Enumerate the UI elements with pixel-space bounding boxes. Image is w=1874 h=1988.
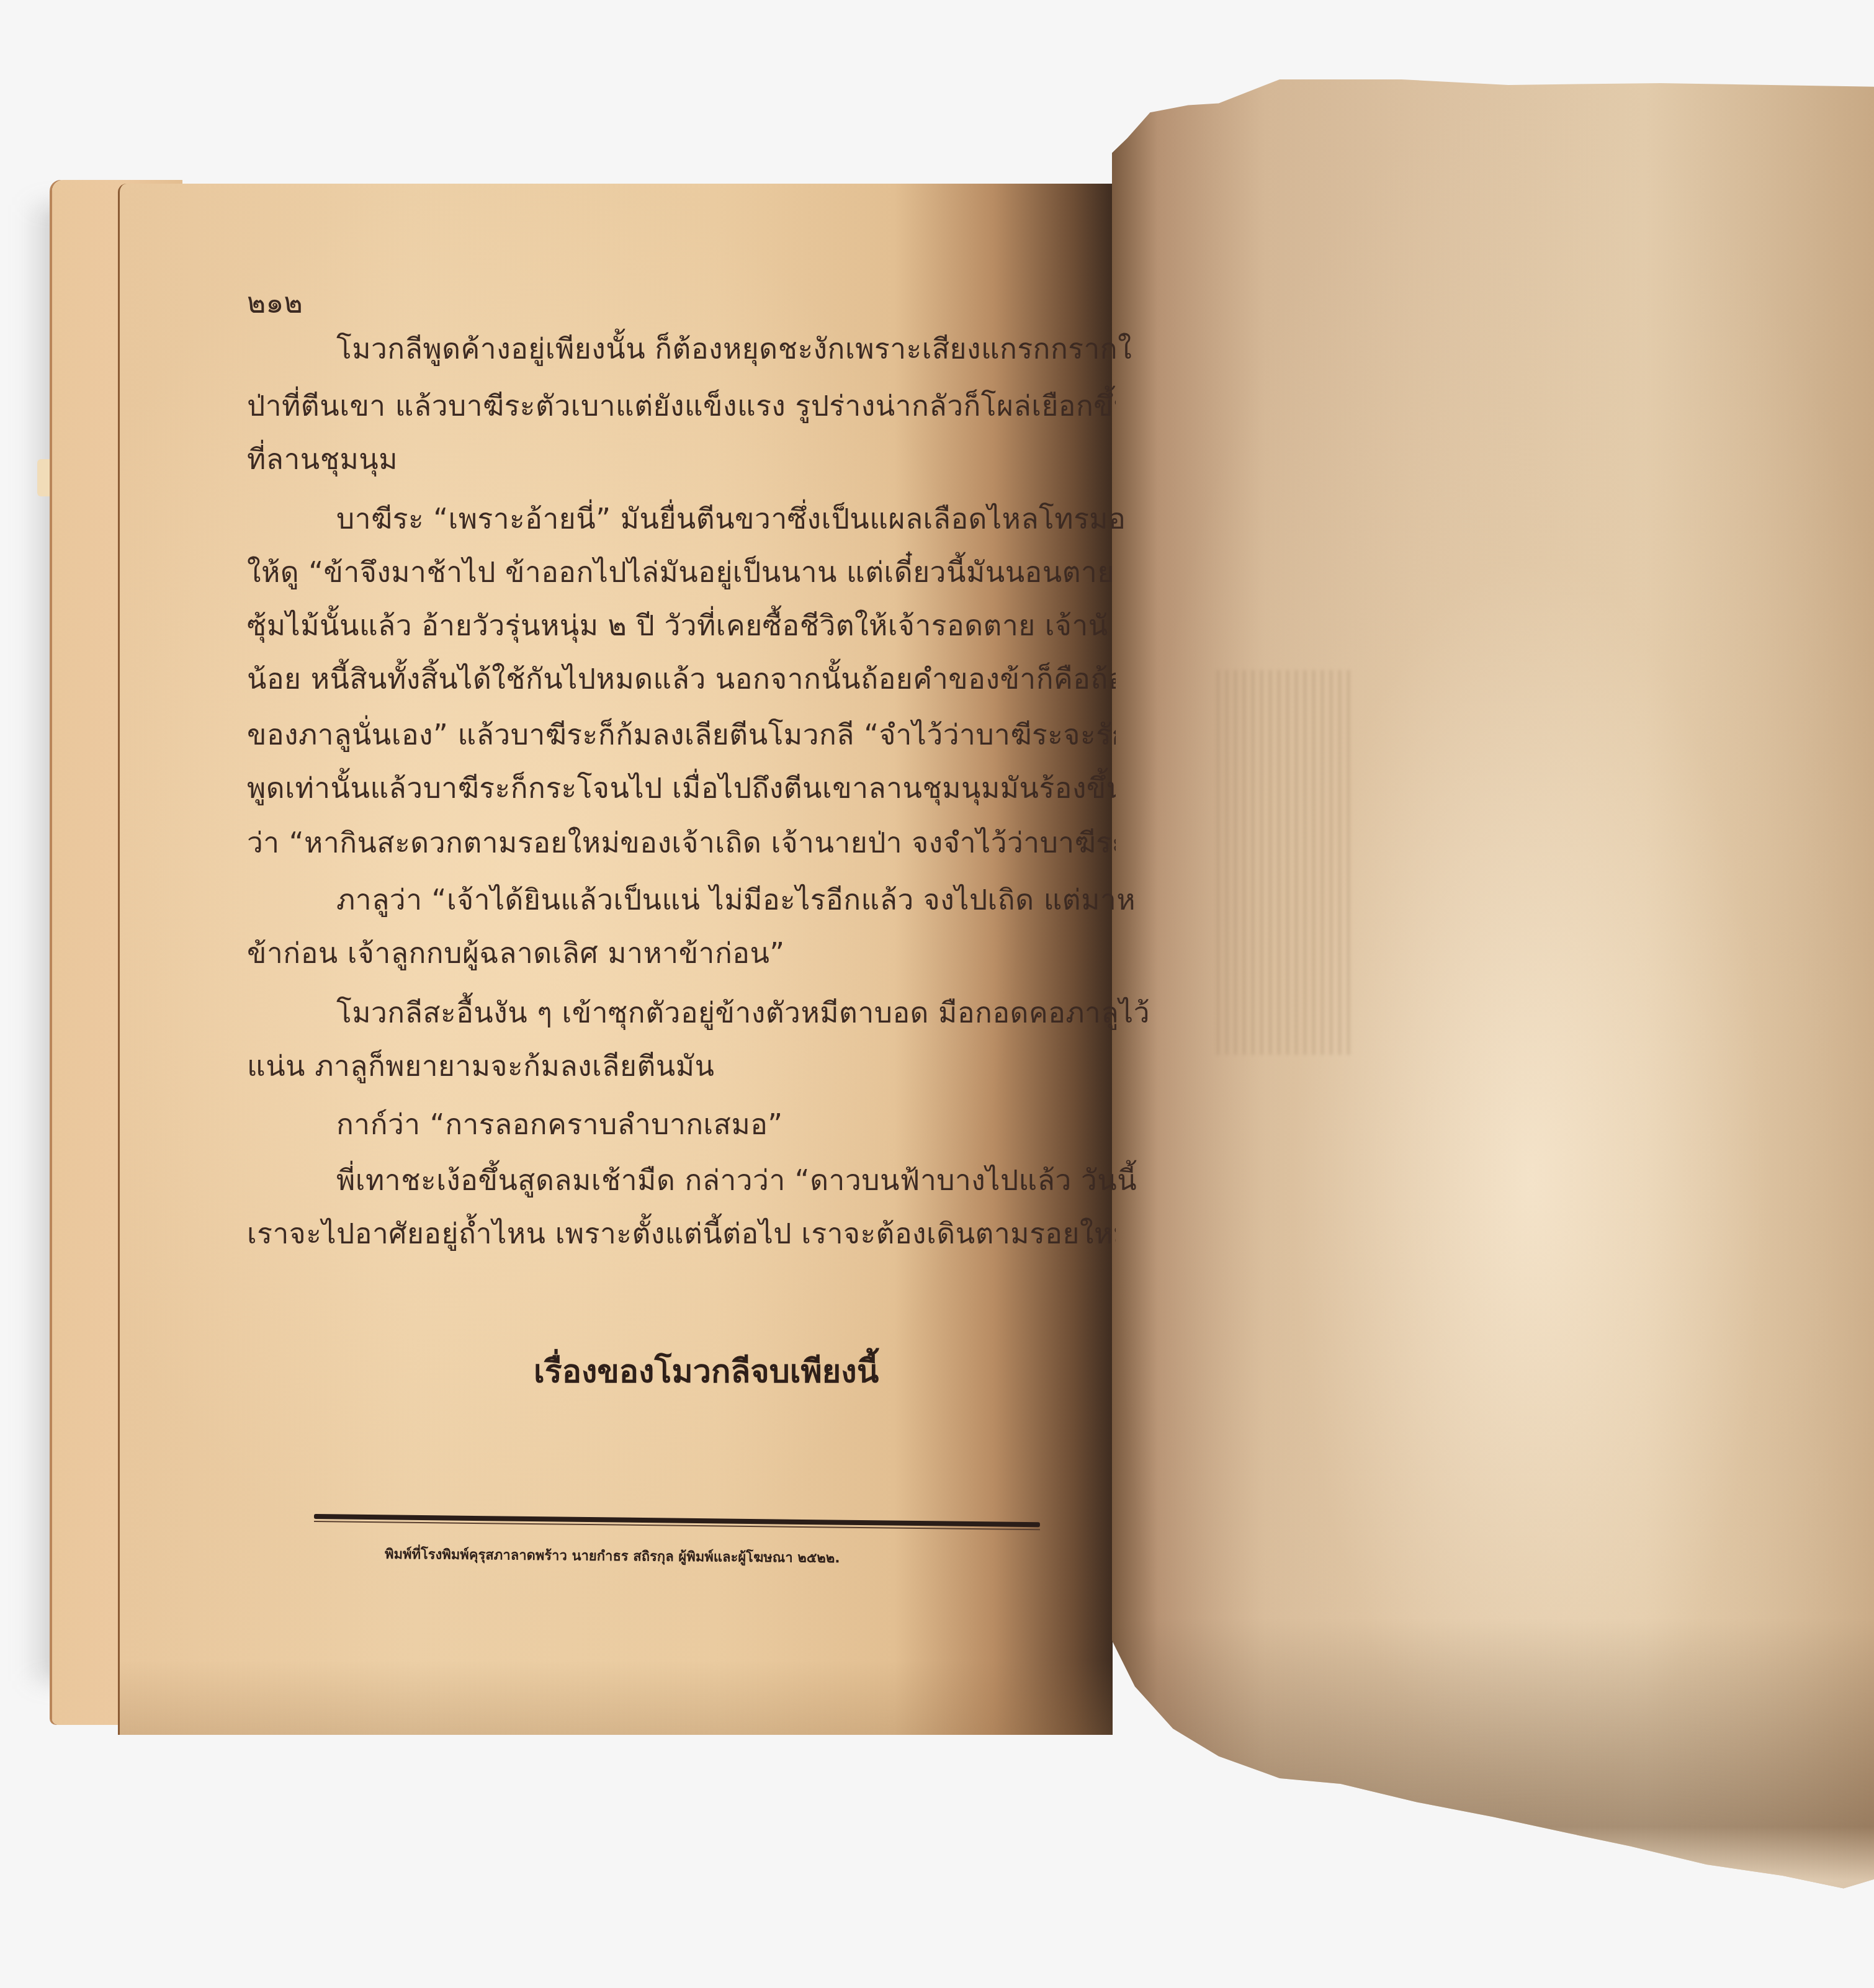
printer-colophon: พิมพ์ที่โรงพิมพ์คุรุสภาลาดพร้าว นายกำธร … [385, 1543, 840, 1569]
text-line: พูดเท่านั้นแล้วบาฆีระก็กระโจนไป เมื่อไปถ… [247, 766, 1116, 811]
text-line: โมวกลีพูดค้างอยู่เพียงนั้น ก็ต้องหยุดชะง… [247, 326, 1205, 372]
text-line: เราจะไปอาศัยอยู่ถ้ำไหน เพราะตั้งแต่นี้ต่… [247, 1211, 1116, 1256]
text-line: บาฆีระ “เพราะอ้ายนี่” มันยื่นตีนขวาซึ่งเ… [247, 496, 1205, 542]
text-line: ข้าก่อน เจ้าลูกกบผู้ฉลาดเลิศ มาหาข้าก่อน… [247, 931, 1116, 976]
text-line: ภาลูว่า “เจ้าได้ยินแล้วเป็นแน่ ไม่มีอะไร… [247, 877, 1205, 923]
text-line: น้อย หนี้สินทั้งสิ้นได้ใช้กันไปหมดแล้ว น… [247, 656, 1116, 702]
text-line: โมวกลีสะอื้นงัน ๆ เข้าซุกตัวอยู่ข้างตัวห… [247, 990, 1205, 1036]
text-line: แน่น ภาลูก็พยายามจะก้มลงเลียตีนมัน [247, 1044, 1116, 1089]
text-line: พี่เทาชะเง้อขึ้นสูดลมเช้ามืด กล่าวว่า “ด… [247, 1158, 1205, 1203]
text-line: ที่ลานชุมนุม [247, 437, 1116, 482]
text-line: กาก์ว่า “การลอกคราบลำบากเสมอ” [247, 1102, 1205, 1147]
story-ending-line: เรื่องของโมวกลีจบเพียงนี้ [534, 1345, 879, 1397]
text-line: ของภาลูนั่นเอง” แล้วบาฆีระก็ก้มลงเลียตีน… [247, 712, 1116, 758]
text-line: ป่าที่ตีนเขา แล้วบาฆีระตัวเบาแต่ยังแข็งแ… [247, 383, 1116, 429]
text-line: ซุ้มไม้นั้นแล้ว อ้ายวัวรุ่นหนุ่ม ๒ ปี วั… [247, 603, 1116, 648]
text-line: ว่า “หากินสะดวกตามรอยใหม่ของเจ้าเถิด เจ้… [247, 820, 1116, 866]
ink-show-through [1216, 670, 1353, 1055]
page-number: ๒๑๒ [247, 280, 303, 326]
text-line: ให้ดู “ข้าจึงมาช้าไป ข้าออกไปไล่มันอยู่เ… [247, 550, 1116, 595]
